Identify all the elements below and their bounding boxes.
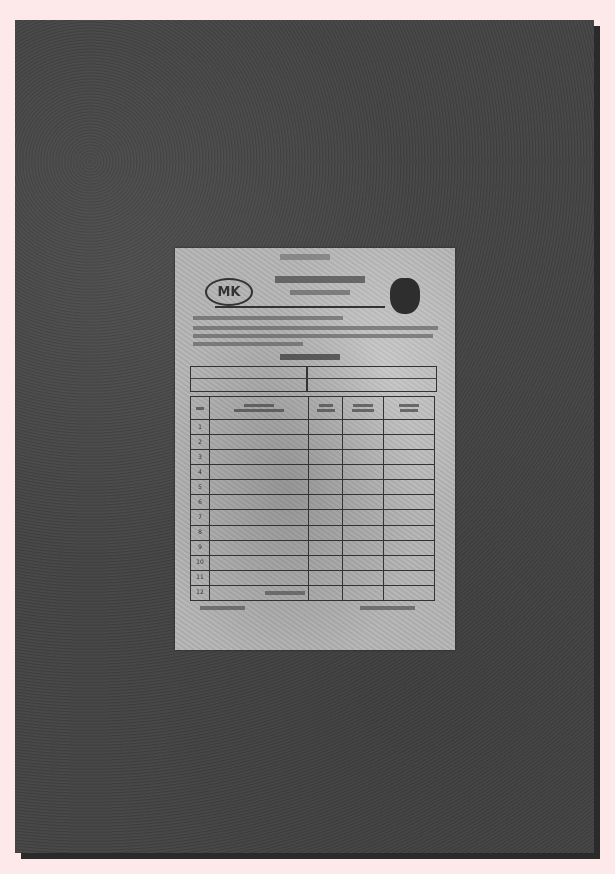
table-cell	[384, 570, 435, 585]
table-cell	[384, 450, 435, 465]
table-cell	[384, 510, 435, 525]
dark-stamp-icon	[390, 278, 420, 314]
table-row: 6	[191, 495, 435, 510]
table-cell	[210, 435, 309, 450]
table-cell	[309, 495, 343, 510]
table-row: 4	[191, 465, 435, 480]
row-number: 1	[191, 420, 210, 435]
row-number: 2	[191, 435, 210, 450]
table-row: 3	[191, 450, 435, 465]
table-cell	[343, 525, 384, 540]
table-cell	[309, 420, 343, 435]
row-number: 8	[191, 525, 210, 540]
company-subtitle	[290, 290, 350, 295]
table-cell	[384, 420, 435, 435]
customer-info-box	[190, 366, 437, 392]
table-cell	[309, 585, 343, 600]
address-line	[193, 334, 433, 338]
col-description	[210, 397, 309, 420]
table-row: 2	[191, 435, 435, 450]
table-cell	[210, 420, 309, 435]
row-number: 6	[191, 495, 210, 510]
table-cell	[309, 450, 343, 465]
table-cell	[384, 465, 435, 480]
header-rule	[215, 306, 385, 308]
photo-frame: MK 123456789101112	[15, 20, 594, 853]
receipt-paper: MK 123456789101112	[175, 248, 455, 650]
row-number: 5	[191, 480, 210, 495]
table-cell	[210, 480, 309, 495]
table-cell	[343, 465, 384, 480]
address-line	[193, 316, 343, 320]
table-cell	[343, 510, 384, 525]
table-cell	[309, 510, 343, 525]
table-cell	[210, 450, 309, 465]
table-cell	[210, 495, 309, 510]
col-amount	[384, 397, 435, 420]
signature-right	[360, 606, 415, 610]
table-row: 1	[191, 420, 435, 435]
table-row: 7	[191, 510, 435, 525]
row-number: 7	[191, 510, 210, 525]
table-row: 11	[191, 570, 435, 585]
table-row: 10	[191, 555, 435, 570]
table-row: 9	[191, 540, 435, 555]
row-number: 3	[191, 450, 210, 465]
table-cell	[343, 450, 384, 465]
table-cell	[343, 570, 384, 585]
table-cell	[309, 435, 343, 450]
table-cell	[343, 585, 384, 600]
table-cell	[384, 525, 435, 540]
col-number	[191, 397, 210, 420]
row-number: 10	[191, 555, 210, 570]
table-cell	[309, 555, 343, 570]
row-number: 9	[191, 540, 210, 555]
table-cell	[343, 495, 384, 510]
company-logo: MK	[205, 278, 253, 306]
table-cell	[343, 555, 384, 570]
table-cell	[210, 570, 309, 585]
table-cell	[384, 495, 435, 510]
signature-left	[200, 606, 245, 610]
form-heading	[280, 354, 340, 360]
table-cell	[309, 480, 343, 495]
row-number: 4	[191, 465, 210, 480]
table-cell	[210, 465, 309, 480]
items-table: 123456789101112	[190, 396, 435, 601]
table-cell	[210, 555, 309, 570]
table-cell	[384, 435, 435, 450]
table-cell	[343, 540, 384, 555]
address-line	[193, 342, 303, 346]
table-cell	[309, 540, 343, 555]
table-cell	[309, 525, 343, 540]
table-cell	[210, 540, 309, 555]
row-number: 11	[191, 570, 210, 585]
row-number: 12	[191, 585, 210, 600]
table-cell	[210, 510, 309, 525]
table-cell	[343, 435, 384, 450]
table-row: 5	[191, 480, 435, 495]
total-label	[265, 591, 305, 595]
col-price	[343, 397, 384, 420]
table-cell	[309, 570, 343, 585]
table-row: 8	[191, 525, 435, 540]
company-name	[275, 276, 365, 283]
address-line	[193, 326, 438, 330]
table-cell	[384, 480, 435, 495]
table-cell	[210, 525, 309, 540]
table-cell	[343, 480, 384, 495]
table-cell	[384, 540, 435, 555]
table-row: 12	[191, 585, 435, 600]
table-header	[191, 397, 435, 420]
table-cell	[343, 420, 384, 435]
table-cell	[384, 585, 435, 600]
table-cell	[309, 465, 343, 480]
logo-text: MK	[217, 285, 240, 300]
col-qty	[309, 397, 343, 420]
table-cell	[384, 555, 435, 570]
top-mark	[280, 254, 330, 260]
